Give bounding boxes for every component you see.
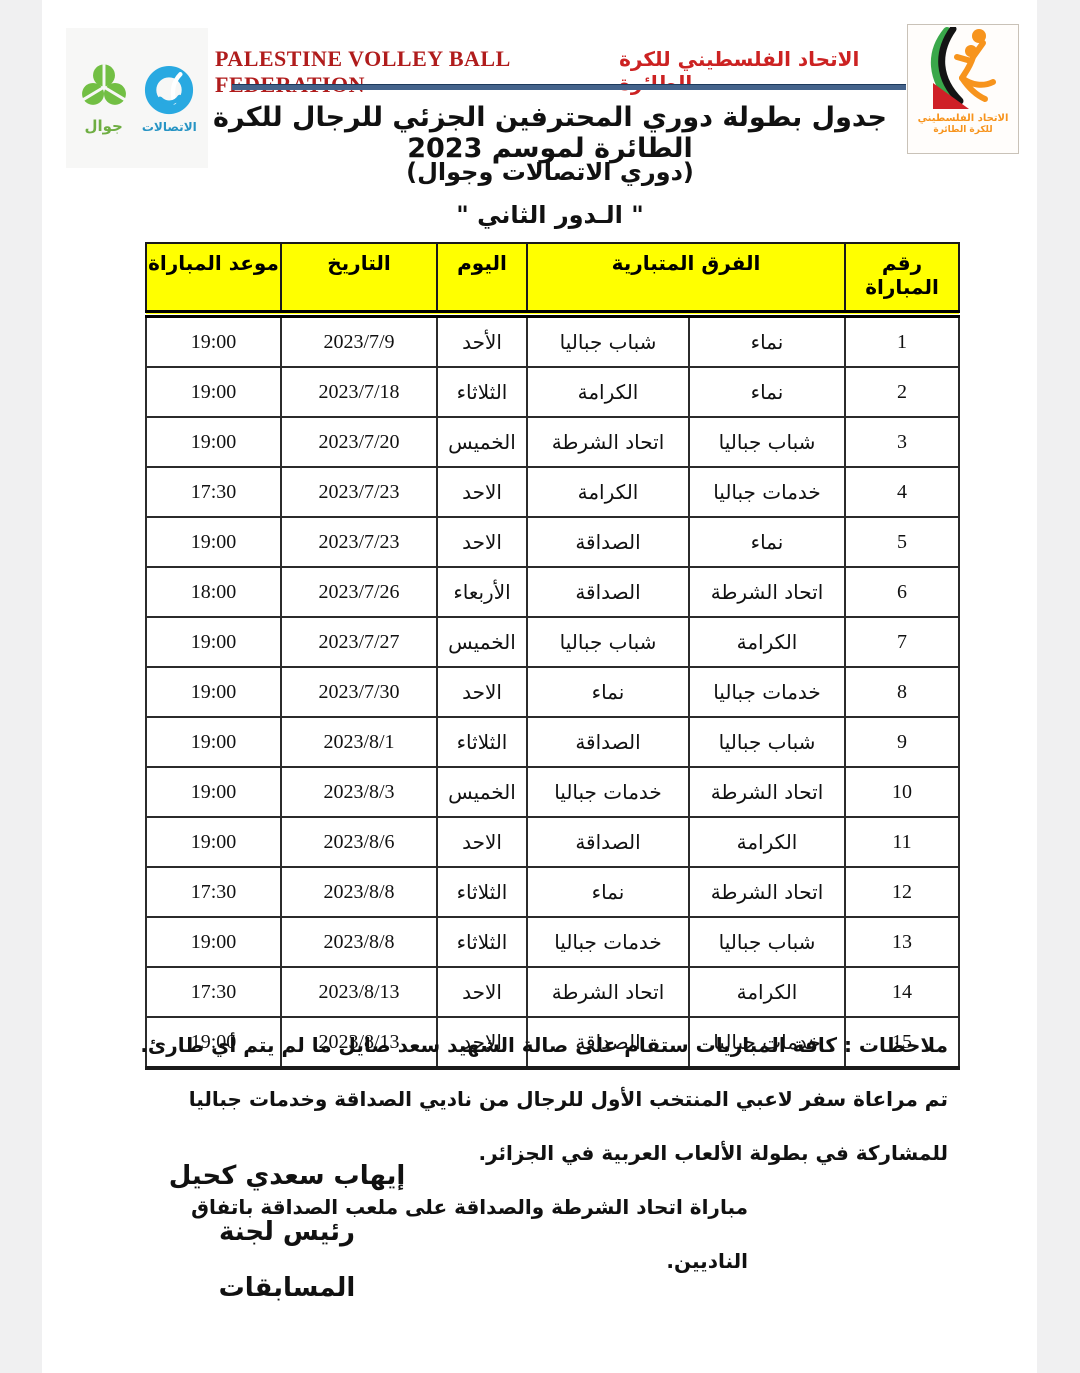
schedule-table: رقم المباراة الفرق المتبارية اليوم التار…: [145, 242, 960, 1070]
table-row: 5نماءالصداقةالاحد2023/7/2319:00: [146, 517, 959, 567]
federation-logo-text-2: للكرة الطائرة: [933, 125, 992, 136]
date-cell: 2023/8/6: [281, 817, 437, 867]
day-cell: الثلاثاء: [437, 867, 527, 917]
day-cell: الثلاثاء: [437, 917, 527, 967]
match-number-cell: 8: [845, 667, 959, 717]
document-subtitle: (دوري الاتصالات وجوال): [170, 158, 930, 186]
team-a-cell: خدمات جباليا: [689, 667, 845, 717]
table-row: 3شباب جباليااتحاد الشرطةالخميس2023/7/201…: [146, 417, 959, 467]
time-cell: 19:00: [146, 667, 281, 717]
team-a-cell: نماء: [689, 517, 845, 567]
match-number-cell: 9: [845, 717, 959, 767]
note-line: ملاحظات : كافة المباريات ستقام على صالة …: [130, 1018, 948, 1072]
day-cell: الاحد: [437, 517, 527, 567]
match-number-cell: 12: [845, 867, 959, 917]
table-row: 6اتحاد الشرطةالصداقةالأربعاء2023/7/2618:…: [146, 567, 959, 617]
team-b-cell: نماء: [527, 867, 689, 917]
day-cell: الخميس: [437, 417, 527, 467]
time-cell: 17:30: [146, 867, 281, 917]
signature-title: رئيس لجنة المسابقات: [168, 1204, 406, 1316]
time-cell: 19:00: [146, 717, 281, 767]
jawwal-logo: جوال: [77, 61, 131, 135]
team-b-cell: الكرامة: [527, 467, 689, 517]
day-cell: الثلاثاء: [437, 717, 527, 767]
date-cell: 2023/7/20: [281, 417, 437, 467]
team-b-cell: نماء: [527, 667, 689, 717]
day-cell: الاحد: [437, 467, 527, 517]
match-number-cell: 10: [845, 767, 959, 817]
team-b-cell: الصداقة: [527, 717, 689, 767]
team-b-cell: شباب جباليا: [527, 617, 689, 667]
date-cell: 2023/8/13: [281, 967, 437, 1017]
date-cell: 2023/8/8: [281, 917, 437, 967]
time-cell: 19:00: [146, 314, 281, 367]
signature-block: إيهاب سعدي كحيل رئيس لجنة المسابقات: [168, 1148, 406, 1316]
table-row: 13شباب جبالياخدمات جبالياالثلاثاء2023/8/…: [146, 917, 959, 967]
table-row: 8خدمات جباليانماءالاحد2023/7/3019:00: [146, 667, 959, 717]
federation-logo-text-1: الاتحاد الفلسطيني: [918, 113, 1009, 125]
team-a-cell: شباب جباليا: [689, 917, 845, 967]
table-row: 7الكرامةشباب جبالياالخميس2023/7/2719:00: [146, 617, 959, 667]
day-cell: الأربعاء: [437, 567, 527, 617]
col-header-date: التاريخ: [281, 243, 437, 314]
schedule-rows: 1نماءشباب جبالياالأحد2023/7/919:002نماءا…: [146, 314, 959, 1068]
match-number-cell: 11: [845, 817, 959, 867]
match-number-cell: 2: [845, 367, 959, 417]
federation-name-en: PALESTINE VOLLEY BALL FEDERATION: [215, 46, 603, 98]
match-number-cell: 7: [845, 617, 959, 667]
team-b-cell: اتحاد الشرطة: [527, 967, 689, 1017]
day-cell: الخميس: [437, 767, 527, 817]
day-cell: الاحد: [437, 817, 527, 867]
team-b-cell: اتحاد الشرطة: [527, 417, 689, 467]
signature-name: إيهاب سعدي كحيل: [168, 1148, 406, 1204]
date-cell: 2023/7/18: [281, 367, 437, 417]
round-label: " الـدور الثاني ": [170, 201, 930, 229]
letterhead-divider: [232, 84, 906, 90]
day-cell: الاحد: [437, 667, 527, 717]
team-b-cell: الصداقة: [527, 817, 689, 867]
date-cell: 2023/8/8: [281, 867, 437, 917]
table-row: 12اتحاد الشرطةنماءالثلاثاء2023/8/817:30: [146, 867, 959, 917]
table-row: 2نماءالكرامةالثلاثاء2023/7/1819:00: [146, 367, 959, 417]
team-a-cell: الكرامة: [689, 817, 845, 867]
date-cell: 2023/7/9: [281, 314, 437, 367]
federation-emblem-icon: [913, 27, 1013, 113]
table-row: 4خدمات جبالياالكرامةالاحد2023/7/2317:30: [146, 467, 959, 517]
time-cell: 17:30: [146, 467, 281, 517]
document-title: جدول بطولة دوري المحترفين الجزئي للرجال …: [170, 102, 930, 164]
match-number-cell: 4: [845, 467, 959, 517]
team-b-cell: خدمات جباليا: [527, 917, 689, 967]
match-number-cell: 3: [845, 417, 959, 467]
col-header-teams: الفرق المتبارية: [527, 243, 845, 314]
date-cell: 2023/7/23: [281, 467, 437, 517]
time-cell: 19:00: [146, 367, 281, 417]
day-cell: الاحد: [437, 967, 527, 1017]
match-number-cell: 13: [845, 917, 959, 967]
table-row: 11الكرامةالصداقةالاحد2023/8/619:00: [146, 817, 959, 867]
day-cell: الثلاثاء: [437, 367, 527, 417]
match-number-cell: 14: [845, 967, 959, 1017]
team-b-cell: خدمات جباليا: [527, 767, 689, 817]
time-cell: 17:30: [146, 967, 281, 1017]
time-cell: 18:00: [146, 567, 281, 617]
team-a-cell: الكرامة: [689, 967, 845, 1017]
table-header-row: رقم المباراة الفرق المتبارية اليوم التار…: [146, 243, 959, 314]
date-cell: 2023/7/26: [281, 567, 437, 617]
time-cell: 19:00: [146, 517, 281, 567]
document-canvas: جوال الاتصالات: [0, 0, 1080, 1373]
team-a-cell: الكرامة: [689, 617, 845, 667]
date-cell: 2023/7/23: [281, 517, 437, 567]
match-number-cell: 1: [845, 314, 959, 367]
day-cell: الأحد: [437, 314, 527, 367]
date-cell: 2023/8/1: [281, 717, 437, 767]
match-number-cell: 6: [845, 567, 959, 617]
letterhead: PALESTINE VOLLEY BALL FEDERATION الاتحاد…: [215, 46, 895, 98]
date-cell: 2023/7/27: [281, 617, 437, 667]
date-cell: 2023/7/30: [281, 667, 437, 717]
table-row: 1نماءشباب جبالياالأحد2023/7/919:00: [146, 314, 959, 367]
jawwal-trefoil-icon: [77, 61, 131, 115]
col-header-day: اليوم: [437, 243, 527, 314]
team-a-cell: خدمات جباليا: [689, 467, 845, 517]
time-cell: 19:00: [146, 617, 281, 667]
team-b-cell: شباب جباليا: [527, 314, 689, 367]
time-cell: 19:00: [146, 917, 281, 967]
team-a-cell: اتحاد الشرطة: [689, 767, 845, 817]
day-cell: الخميس: [437, 617, 527, 667]
date-cell: 2023/8/3: [281, 767, 437, 817]
team-a-cell: اتحاد الشرطة: [689, 567, 845, 617]
team-a-cell: نماء: [689, 314, 845, 367]
team-a-cell: اتحاد الشرطة: [689, 867, 845, 917]
team-b-cell: الصداقة: [527, 567, 689, 617]
match-number-cell: 5: [845, 517, 959, 567]
team-b-cell: الكرامة: [527, 367, 689, 417]
jawwal-label: جوال: [84, 117, 122, 135]
table-row: 14الكرامةاتحاد الشرطةالاحد2023/8/1317:30: [146, 967, 959, 1017]
team-a-cell: نماء: [689, 367, 845, 417]
team-a-cell: شباب جباليا: [689, 417, 845, 467]
col-header-match-number: رقم المباراة: [845, 243, 959, 314]
time-cell: 19:00: [146, 817, 281, 867]
col-header-time: موعد المباراة: [146, 243, 281, 314]
team-a-cell: شباب جباليا: [689, 717, 845, 767]
table-row: 9شباب جبالياالصداقةالثلاثاء2023/8/119:00: [146, 717, 959, 767]
table-row: 10اتحاد الشرطةخدمات جبالياالخميس2023/8/3…: [146, 767, 959, 817]
time-cell: 19:00: [146, 767, 281, 817]
time-cell: 19:00: [146, 417, 281, 467]
team-b-cell: الصداقة: [527, 517, 689, 567]
